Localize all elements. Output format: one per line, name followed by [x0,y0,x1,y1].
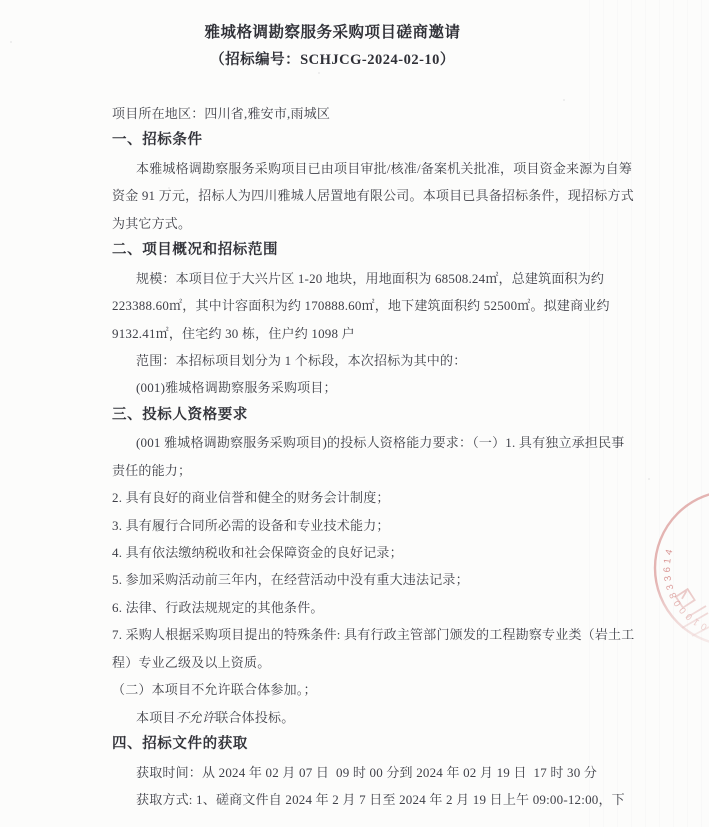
section-heading-4: 四、招标文件的获取 [112,731,623,758]
doc-line: 4. 具有依法缴纳税收和社会保障资金的良好记录； [112,539,623,566]
doc-line: 223388.60㎡，其中计容面积为约 170888.60㎡，地下建筑面积约 5… [112,292,623,319]
doc-line: 2. 具有良好的商业信誉和健全的财务会计制度； [112,484,623,511]
seal-inner-glyphs [676,589,709,636]
doc-line: 7. 采购人根据采购项目提出的特殊条件: 具有行政主管部门颁发的工程勘察专业类（… [112,621,623,648]
doc-line: 6. 法律、行政法规规定的其他条件。 [112,594,623,621]
doc-line-segment: 联合体投标。 [215,710,294,725]
scan-speck [648,478,650,480]
doc-line: (001 雅城格调勘察服务采购项目)的投标人资格能力要求：（一）1. 具有独立承… [112,429,623,456]
title-block: 雅城格调勘察服务采购项目磋商邀请 （招标编号：SCHJCG-2024-02-10… [77,20,588,75]
scan-speck [318,72,320,74]
doc-line: 资金 91 万元，招标人为四川雅城人居置地有限公司。本项目已具备招标条件，现招标… [112,182,623,209]
doc-line-segment-italic: 不允许 [176,710,216,725]
doc-line-segment: 本项目 [136,710,176,725]
no-joint-venture-line: 本项目不允许联合体投标。 [112,704,623,731]
doc-line: 5. 参加采购活动前三年内，在经营活动中没有重大违法记录； [112,566,623,593]
scan-speck [563,99,565,101]
doc-line: 范围：本招标项目划分为 1 个标段，本次招标为其中的： [112,347,623,374]
doc-line: 程）专业乙级及以上资质。 [112,649,623,676]
doc-line: 9132.41㎡，住宅约 30 栋，住户约 1098 户 [112,320,623,347]
doc-line: (001)雅城格调勘察服务采购项目； [112,374,623,401]
tender-number: （招标编号：SCHJCG-2024-02-10） [77,46,588,75]
seal-serial-digits: 5101000833614 [662,545,709,637]
scan-speck [168,187,170,189]
doc-line: （二）本项目不允许联合体参加。； [112,676,623,703]
section-heading-1: 一、招标条件 [112,127,623,154]
doc-line: 3. 具有履行合同所必需的设备和专业技术能力； [112,512,623,539]
doc-line: 获取时间：从 2024 年 02 月 07 日 09 时 00 分到 2024 … [112,759,623,786]
doc-line: 责任的能力； [112,457,623,484]
red-seal-stamp: 5101000833614 [630,470,709,670]
doc-line: 本雅城格调勘察服务采购项目已由项目审批/核准/备案机关批准，项目资金来源为自筹 [112,155,623,182]
doc-line: 规模：本项目位于大兴片区 1-20 地块，用地面积为 68508.24㎡，总建筑… [112,265,623,292]
section-heading-3: 三、投标人资格要求 [112,402,623,429]
document-title: 雅城格调勘察服务采购项目磋商邀请 [77,20,588,46]
doc-line: 为其它方式。 [112,210,623,237]
section-heading-2: 二、项目概况和招标范围 [112,237,623,264]
document-body: 项目所在地区：四川省,雅安市,雨城区 一、招标条件 本雅城格调勘察服务采购项目已… [112,100,623,813]
scan-speck [10,41,12,43]
project-location-line: 项目所在地区：四川省,雅安市,雨城区 [112,100,623,127]
doc-line: 获取方式: 1、磋商文件自 2024 年 2 月 7 日至 2024 年 2 月… [112,786,623,813]
